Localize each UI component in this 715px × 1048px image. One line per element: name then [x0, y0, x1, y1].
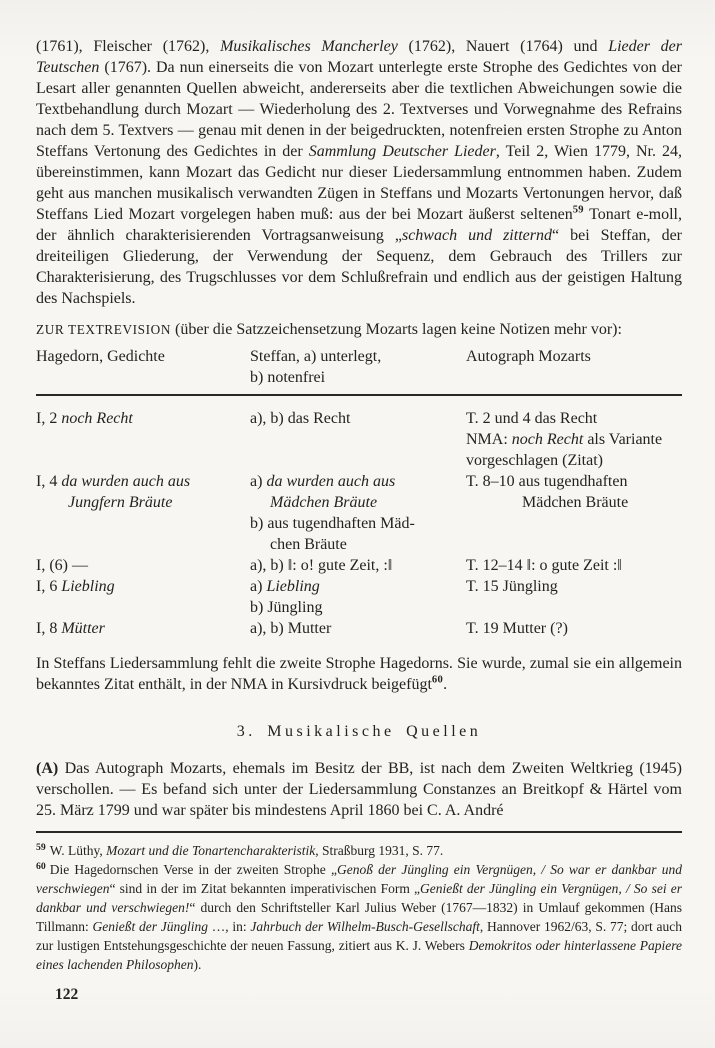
table-cell: a) da wurden auch aus Mädchen Bräute b) …: [250, 471, 466, 555]
table-header-rule: [36, 394, 682, 396]
table-cell: I, 6 Liebling: [36, 576, 250, 618]
table-row: I, (6) — a), b) ‖: o! gute Zeit, :‖ T. 1…: [36, 555, 682, 576]
footnote-text: W. Lüthy, Mozart und die Tonartencharakt…: [50, 843, 444, 858]
table-cell: T. 19 Mutter (?): [466, 618, 682, 639]
table-cell: T. 12–14 ‖: o gute Zeit :‖: [466, 555, 682, 576]
table-cell: T. 15 Jüngling: [466, 576, 682, 618]
paragraph-after-table: In Steffans Liedersammlung fehlt die zwe…: [36, 653, 682, 695]
footnote-text: Die Hagedornschen Verse in der zweiten S…: [36, 862, 682, 972]
footnote-59: 59W. Lüthy, Mozart und die Tonartenchara…: [36, 841, 682, 860]
table-cell: a) Liebling b) Jüngling: [250, 576, 466, 618]
table-cell: T. 2 und 4 das Recht NMA: noch Recht als…: [466, 408, 682, 471]
table-cell: T. 8–10 aus tugendhaften Mädchen Bräute: [466, 471, 682, 555]
table-cell: I, 2 noch Recht: [36, 408, 250, 471]
footnotes: 59W. Lüthy, Mozart und die Tonartenchara…: [36, 841, 682, 974]
section-heading: 3. Musikalische Quellen: [36, 721, 682, 742]
table-header-row: Hagedorn, Gedichte Steffan, a) unterlegt…: [36, 346, 682, 394]
table-header-autograph: Autograph Mozarts: [466, 346, 682, 394]
book-page: (1761), Fleischer (1762), Musikalisches …: [0, 0, 715, 1048]
table-header-hagedorn: Hagedorn, Gedichte: [36, 346, 250, 394]
comparison-table: Hagedorn, Gedichte Steffan, a) unterlegt…: [36, 346, 682, 639]
table-cell: a), b) ‖: o! gute Zeit, :‖: [250, 555, 466, 576]
footnote-marker: 60: [36, 861, 46, 872]
page-number: 122: [55, 984, 682, 1005]
table-cell: I, 8 Mütter: [36, 618, 250, 639]
table-cell: a), b) das Recht: [250, 408, 466, 471]
paragraph-intro: (1761), Fleischer (1762), Musikalisches …: [36, 36, 682, 309]
footnote-60: 60Die Hagedornschen Verse in der zweiten…: [36, 860, 682, 974]
table-row: I, 6 Liebling a) Liebling b) Jüngling T.…: [36, 576, 682, 618]
table-header-steffan: Steffan, a) unterlegt, b) notenfrei: [250, 346, 466, 394]
footnote-rule: [36, 831, 682, 833]
table-body: I, 2 noch Recht a), b) das Recht T. 2 un…: [36, 408, 682, 639]
paragraph-section-a: (A) Das Autograph Mozarts, ehemals im Be…: [36, 758, 682, 821]
table-row: I, 8 Mütter a), b) Mutter T. 19 Mutter (…: [36, 618, 682, 639]
textrevision-line: ZUR TEXTREVISION (über die Satzzeichense…: [36, 319, 682, 340]
table-cell: a), b) Mutter: [250, 618, 466, 639]
footnote-marker: 59: [36, 842, 46, 853]
table-row: I, 2 noch Recht a), b) das Recht T. 2 un…: [36, 408, 682, 471]
table-cell: I, (6) —: [36, 555, 250, 576]
table-cell: I, 4 da wurden auch aus Jungfern Bräute: [36, 471, 250, 555]
table-row: I, 4 da wurden auch aus Jungfern Bräute …: [36, 471, 682, 555]
